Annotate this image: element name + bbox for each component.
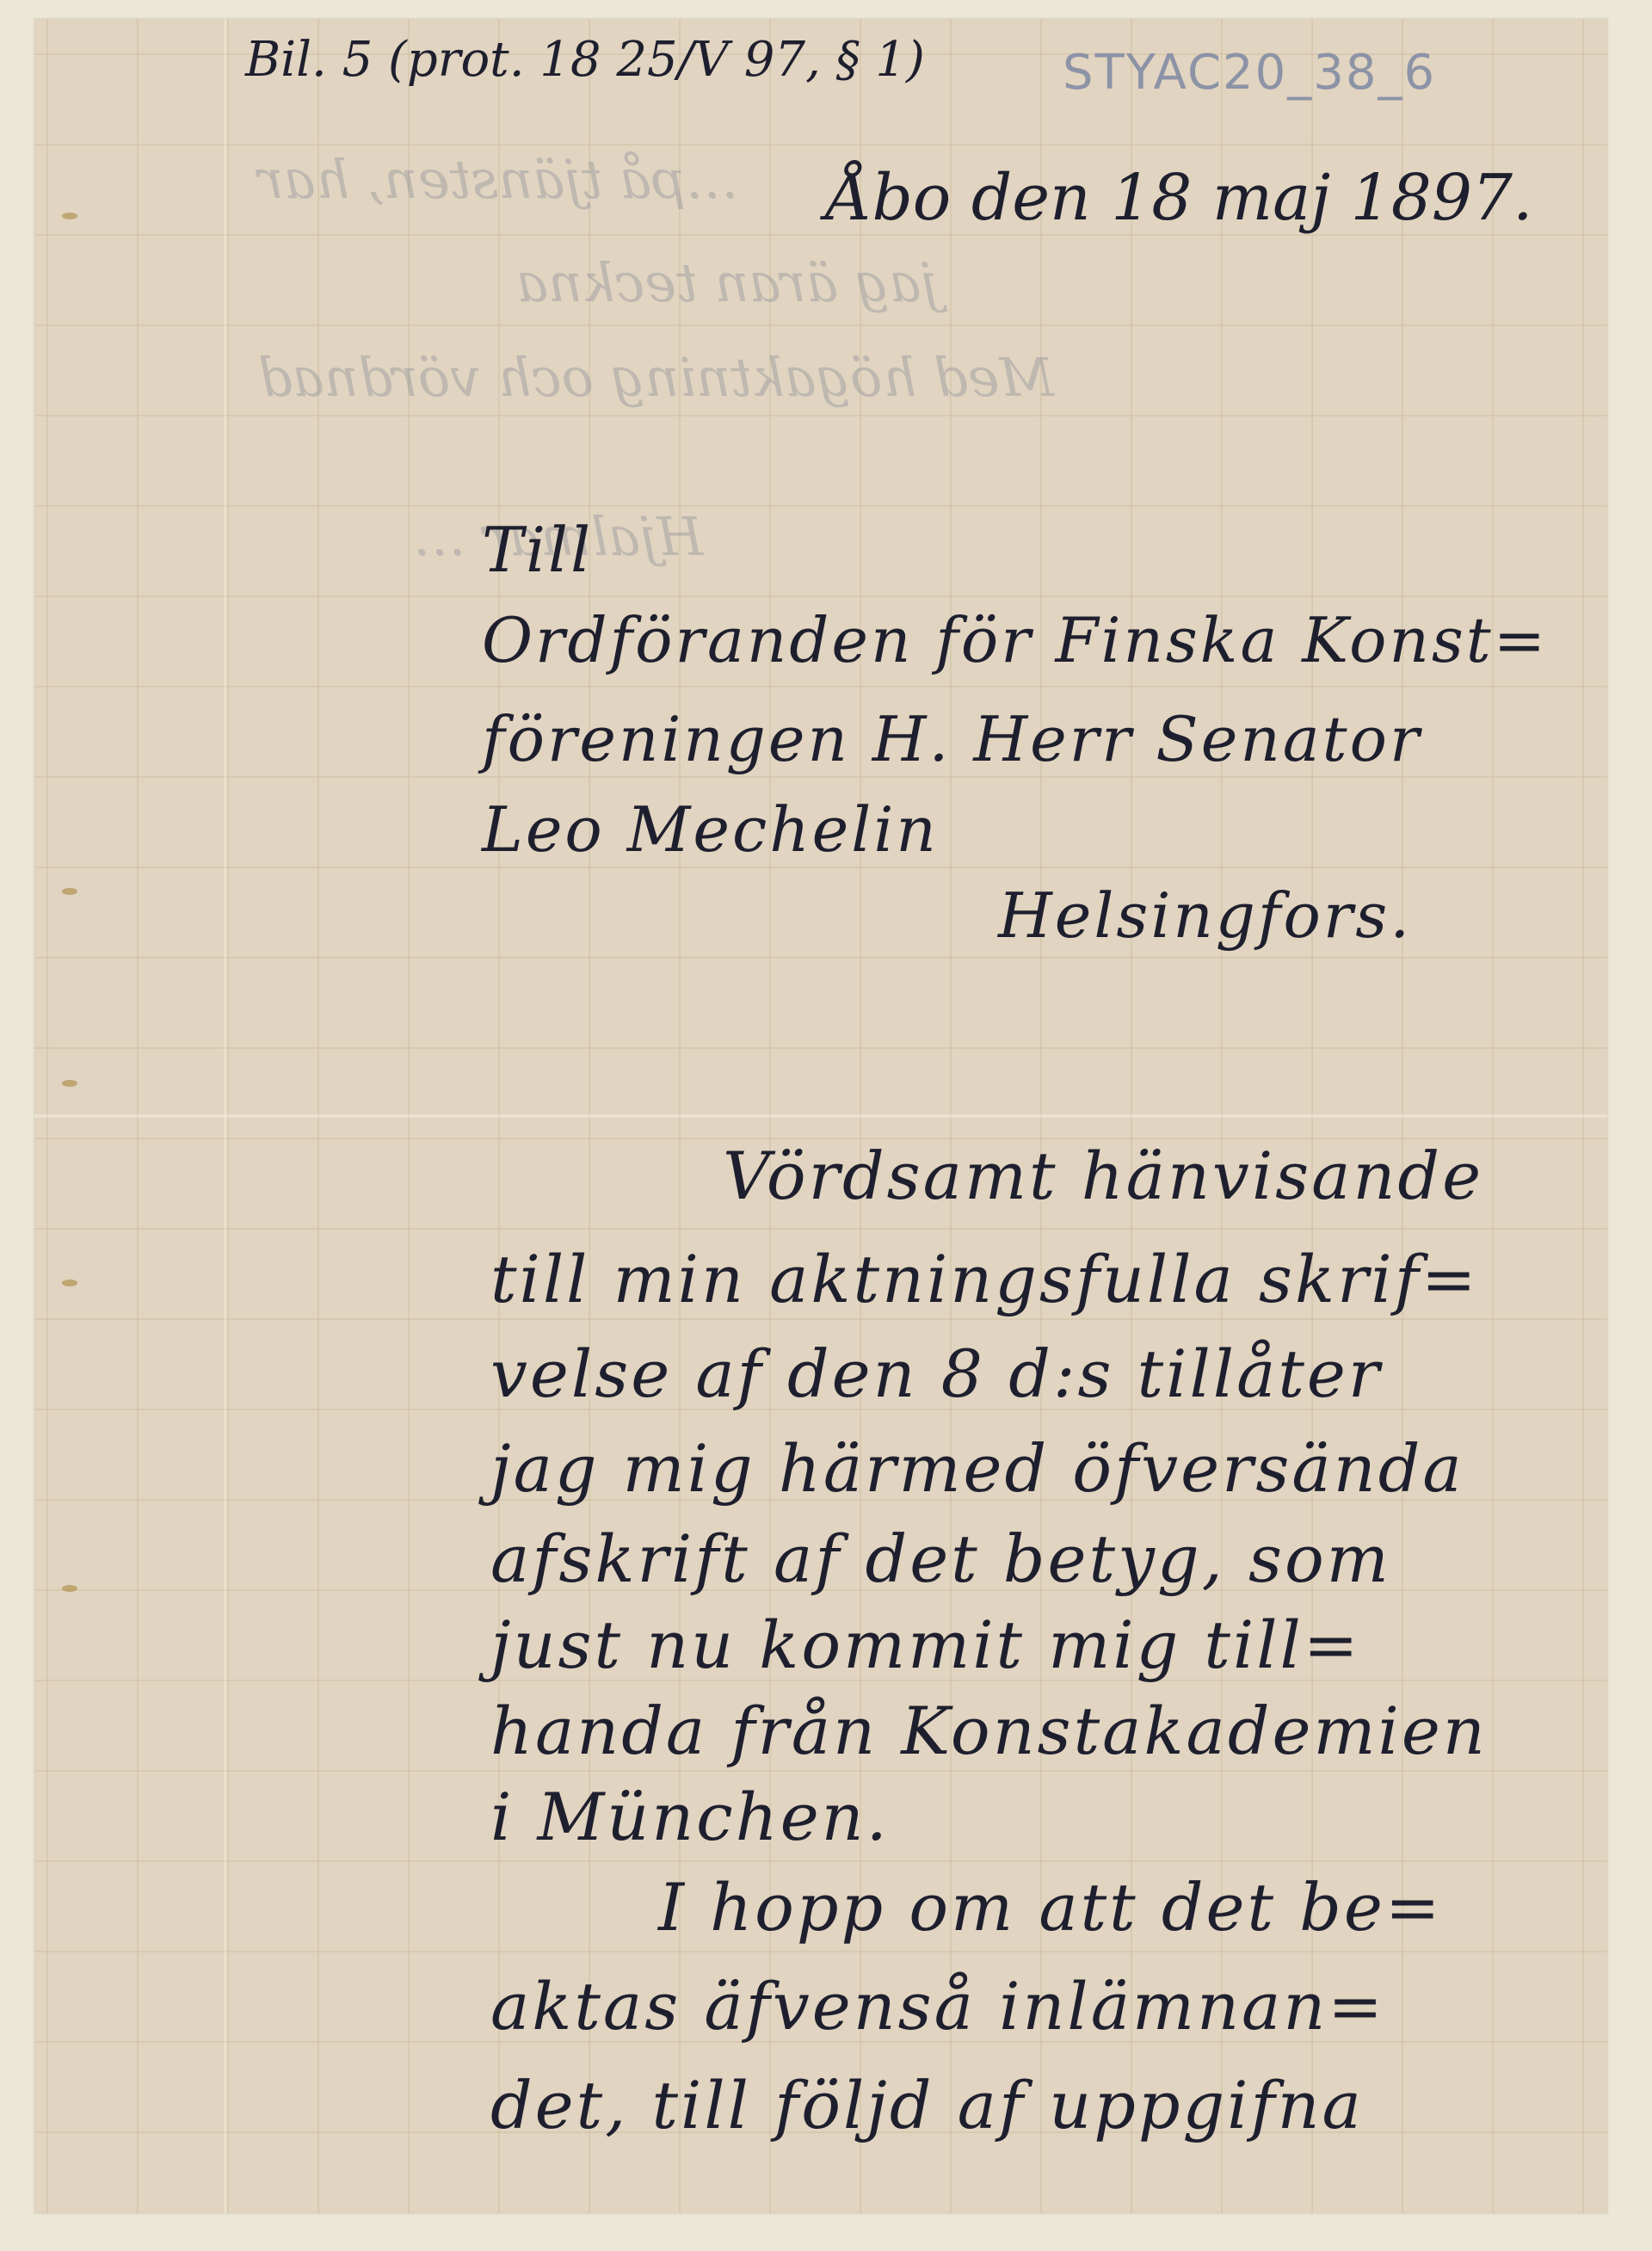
protocol-annotation: Bil. 5 (prot. 18 25/V 97, § 1) — [245, 32, 925, 88]
punch-hole-mark — [62, 1280, 77, 1286]
body-line: aktas äfvenså inlämnan= — [490, 1968, 1385, 2044]
bleed-through-line: jag äran teckna — [516, 251, 938, 314]
body-line: Vördsamt hänvisande — [723, 1138, 1483, 1214]
horizontal-fold-line — [34, 1114, 1607, 1118]
body-line: det, till följd af uppgifna — [490, 2067, 1364, 2143]
recipient-line: föreningen H. Herr Senator — [482, 703, 1421, 775]
archive-reference-id: STYAC20_38_6 — [1063, 45, 1436, 101]
recipient-city: Helsingfors. — [998, 879, 1412, 952]
body-line: i München. — [490, 1779, 890, 1855]
body-line: afskrift af det betyg, som — [490, 1520, 1391, 1597]
body-line: till min aktningsfulla skrif= — [490, 1241, 1479, 1317]
body-line: just nu kommit mig till= — [490, 1607, 1361, 1683]
body-line: handa från Konstakademien — [490, 1693, 1488, 1769]
place-date-line: Åbo den 18 maj 1897. — [826, 161, 1533, 235]
punch-hole-mark — [62, 213, 77, 219]
letter-sheet: …på tjänsten, har jag äran teckna Med hö… — [34, 19, 1607, 2213]
punch-hole-mark — [62, 1585, 77, 1592]
body-line: velse af den 8 d:s tillåter — [490, 1335, 1382, 1412]
recipient-line: Ordföranden för Finska Konst= — [482, 604, 1548, 676]
punch-hole-mark — [62, 888, 77, 895]
body-line: jag mig härmed öfversända — [490, 1430, 1464, 1507]
bleed-through-line: Med högaktning och vördnad — [258, 346, 1054, 409]
punch-hole-mark — [62, 1080, 77, 1087]
salutation-till: Till — [482, 514, 593, 586]
bleed-through-line: …på tjänsten, har — [258, 148, 739, 211]
recipient-line: Leo Mechelin — [482, 793, 939, 866]
body-line: I hopp om att det be= — [658, 1869, 1443, 1946]
vertical-fold-line — [224, 19, 227, 2213]
